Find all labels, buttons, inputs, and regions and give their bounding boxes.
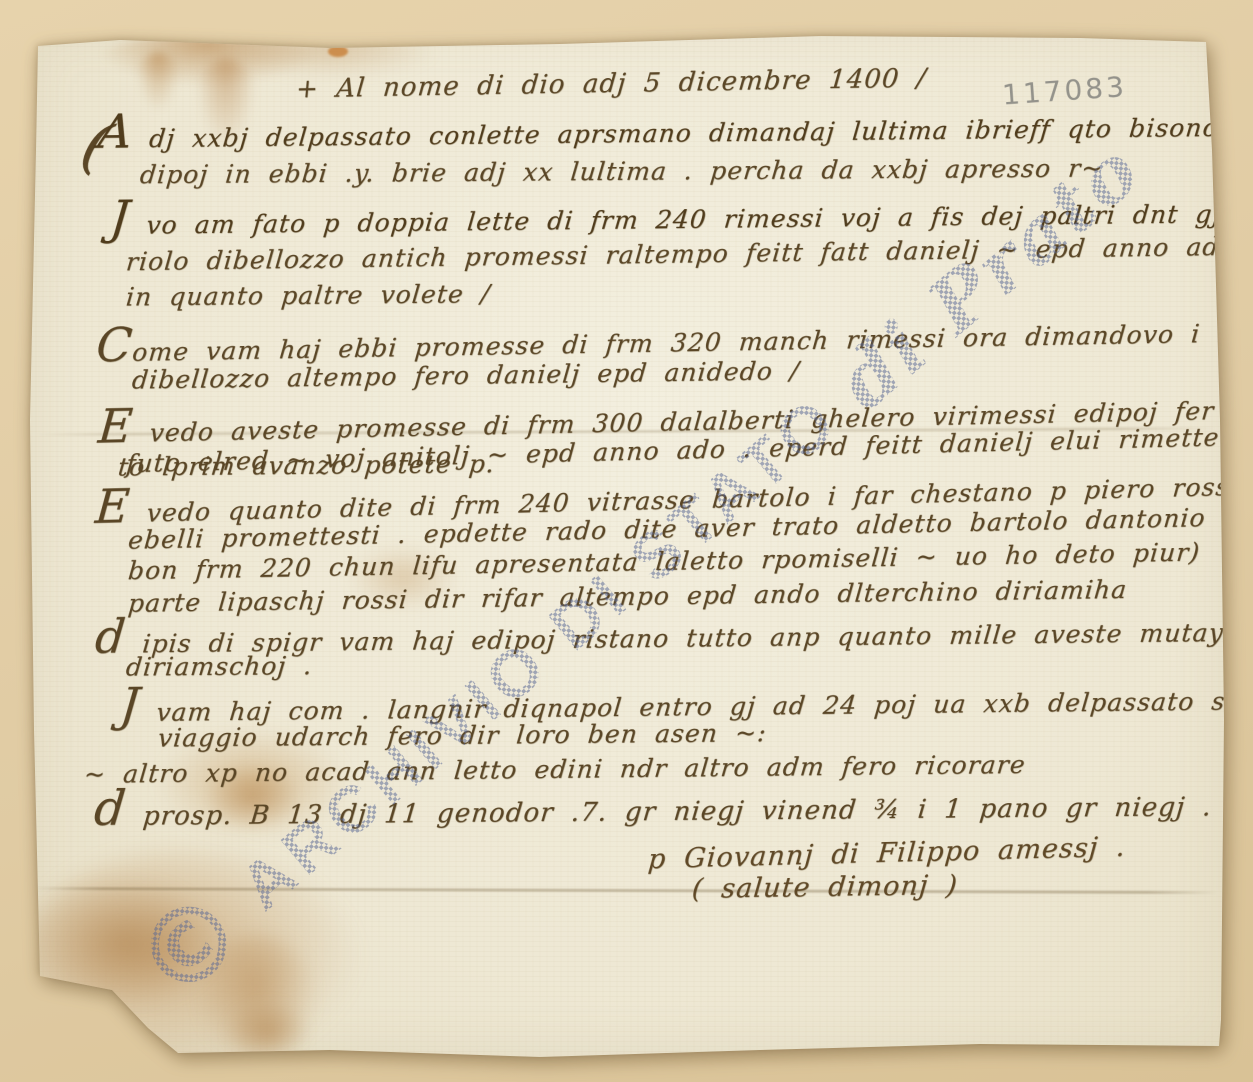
stain-bottom-tail bbox=[225, 1000, 310, 1062]
manuscript-line: in quanto paltre volete / bbox=[125, 280, 492, 312]
stain-top-drip-left bbox=[136, 52, 180, 110]
stain-top-faint bbox=[240, 36, 435, 76]
manuscript-line: to lprim avanzo potete p. bbox=[117, 450, 497, 482]
date-line: + Al nome di dio adj 5 dicembre 1400 / bbox=[295, 64, 928, 105]
manuscript-line: ~ altro xp no acad ann letto edini ndr a… bbox=[83, 751, 1027, 790]
manuscript-line: diriamschoj . bbox=[125, 652, 314, 682]
archive-number: 117083 bbox=[1001, 70, 1128, 112]
manuscript-line: d prosp. B 13 dj 11 genodor .7. gr niegj… bbox=[92, 785, 1253, 833]
fold-crease-lower bbox=[32, 887, 1218, 894]
stain-bottom-core bbox=[30, 878, 220, 1008]
letter-paper: + Al nome di dio adj 5 dicembre 1400 /(A… bbox=[0, 0, 1253, 1082]
signature-line: ( salute dimonj ) bbox=[691, 870, 960, 905]
manuscript-line: viaggio udarch fero dir loro ben asen ~: bbox=[157, 719, 768, 753]
stain-bottom-main bbox=[18, 850, 358, 1075]
stain-top-band bbox=[98, 34, 318, 86]
scan-background: + Al nome di dio adj 5 dicembre 1400 /(A… bbox=[0, 0, 1253, 1082]
stain-speck-top bbox=[328, 46, 348, 57]
manuscript-line: dipoj in ebbi .y. brie adj xx lultima . … bbox=[139, 155, 1105, 190]
signature-line: p Giovannj di Filippo amessj . bbox=[647, 832, 1127, 876]
stain-bottom-streak bbox=[196, 935, 316, 1065]
paper-shadow-wrap: + Al nome di dio adj 5 dicembre 1400 /(A… bbox=[0, 0, 1253, 1082]
manuscript-line: A dj xxbj delpassato conlette aprsmano d… bbox=[96, 107, 1220, 155]
